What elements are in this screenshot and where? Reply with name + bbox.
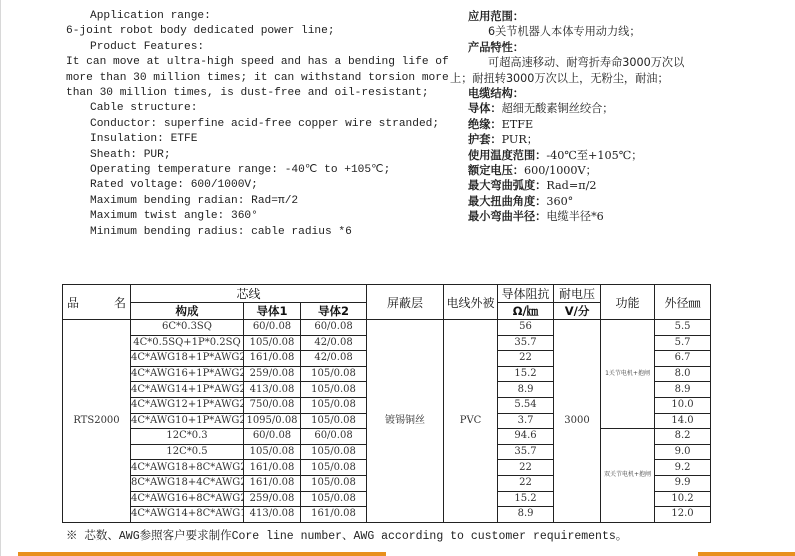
spec-table: 品名 芯线 屏蔽层 电线外被 导体阻抗 耐电压 功能 外径㎜ 构成 导体1 导体… [62, 284, 711, 523]
cn-spec-temperature: 使用温度范围：-40℃至+105℃； [450, 148, 740, 163]
cell-impedance: 3.7 [498, 413, 554, 429]
cell-conductor1: 105/0.08 [244, 335, 301, 351]
cell-conductor2: 105/0.08 [301, 444, 367, 460]
cell-conductor1: 413/0.08 [244, 507, 301, 523]
en-spec-temperature: Operating temperature range: -40℃ to +10… [66, 163, 436, 178]
header-jacket: 电线外被 [444, 285, 498, 320]
cell-conductor1: 750/0.08 [244, 397, 301, 413]
cell-conductor2: 105/0.08 [301, 397, 367, 413]
cell-od: 8.2 [655, 429, 711, 445]
en-spec-voltage: Rated voltage: 600/1000V; [66, 178, 436, 193]
cell-impedance: 56 [498, 320, 554, 336]
cell-od: 12.0 [655, 507, 711, 523]
cn-feature-line: 可超高速移动、耐弯折寿命3000万次以 [450, 55, 740, 70]
page-edge [0, 0, 1, 556]
cell-impedance: 35.7 [498, 444, 554, 460]
cell-od: 9.9 [655, 475, 711, 491]
cell-conductor2: 60/0.08 [301, 429, 367, 445]
en-spec-twist-angle: Maximum twist angle: 360° [66, 209, 436, 224]
cn-product-features-label: 产品特性： [450, 40, 740, 55]
en-spec-conductor: Conductor: superfine acid-free copper wi… [66, 117, 436, 132]
cell-composition: 4C*AWG18+8C*AWG20 [131, 460, 244, 476]
cell-od: 10.0 [655, 397, 711, 413]
cell-od: 5.5 [655, 320, 711, 336]
en-spec-insulation: Insulation: ETFE [66, 132, 436, 147]
cell-conductor1: 60/0.08 [244, 429, 301, 445]
cn-spec-voltage: 额定电压：600/1000V； [450, 163, 740, 178]
cell-od: 8.0 [655, 366, 711, 382]
cell-composition: 12C*0.5 [131, 444, 244, 460]
cn-spec-insulation: 绝缘：ETFE [450, 117, 740, 132]
header-conductor1: 导体1 [244, 303, 301, 320]
cell-impedance: 8.9 [498, 382, 554, 398]
function-cell-2: 双关节电机+抱闸 [601, 429, 655, 523]
cell-composition: 4C*AWG14+8C*AWG18 [131, 507, 244, 523]
cell-impedance: 5.54 [498, 397, 554, 413]
cell-od: 9.0 [655, 444, 711, 460]
cell-od: 8.9 [655, 382, 711, 398]
cell-composition: 4C*AWG18+1P*AWG24 [131, 351, 244, 367]
header-core: 芯线 [131, 285, 367, 303]
cell-conductor1: 259/0.08 [244, 491, 301, 507]
en-feature-line: than 30 million times, is dust-free and … [66, 86, 436, 101]
chinese-description: 应用范围： 6关节机器人本体专用动力线； 产品特性： 可超高速移动、耐弯折寿命3… [450, 9, 740, 225]
cell-conductor1: 161/0.08 [244, 475, 301, 491]
cell-impedance: 15.2 [498, 491, 554, 507]
en-product-features-label: Product Features: [66, 40, 436, 55]
cn-spec-conductor: 导体：超细无酸素铜丝绞合； [450, 101, 740, 116]
header-composition: 构成 [131, 303, 244, 320]
cell-od: 6.7 [655, 351, 711, 367]
en-feature-line: It can move at ultra-high speed and has … [66, 55, 436, 70]
table-row: RTS2000 6C*0.3SQ 60/0.08 60/0.08 镀锡铜丝 PV… [63, 320, 711, 336]
cell-conductor2: 105/0.08 [301, 366, 367, 382]
en-application-range-value: 6-joint robot body dedicated power line; [66, 24, 436, 39]
cell-od: 5.7 [655, 335, 711, 351]
header-impedance-unit: Ω/㎞ [498, 303, 554, 320]
cell-impedance: 22 [498, 351, 554, 367]
header-function: 功能 [601, 285, 655, 320]
header-product-name: 品名 [63, 285, 131, 320]
cell-composition: 4C*AWG16+1P*AWG20 [131, 366, 244, 382]
cell-conductor2: 105/0.08 [301, 475, 367, 491]
cn-spec-sheath: 护套：PUR； [450, 132, 740, 147]
accent-bar-left [18, 552, 386, 556]
en-spec-sheath: Sheath: PUR; [66, 148, 436, 163]
cell-od: 10.2 [655, 491, 711, 507]
cell-impedance: 22 [498, 460, 554, 476]
product-name-cell: RTS2000 [63, 320, 131, 523]
cell-conductor1: 105/0.08 [244, 444, 301, 460]
cell-conductor2: 60/0.08 [301, 320, 367, 336]
cn-spec-twist-angle: 最大扭曲角度：360° [450, 194, 740, 209]
cell-impedance: 8.9 [498, 507, 554, 523]
cn-spec-bending-radian: 最大弯曲弧度：Rad=π/2 [450, 178, 740, 193]
cell-composition: 12C*0.3 [131, 429, 244, 445]
cell-impedance: 35.7 [498, 335, 554, 351]
voltage-cell: 3000 [554, 320, 601, 523]
cell-conductor2: 105/0.08 [301, 382, 367, 398]
cell-composition: 8C*AWG18+4C*AWG20 [131, 475, 244, 491]
cell-conductor1: 60/0.08 [244, 320, 301, 336]
function-cell-1: 1关节电机+抱闸 [601, 320, 655, 429]
cell-conductor1: 259/0.08 [244, 366, 301, 382]
cell-composition: 6C*0.3SQ [131, 320, 244, 336]
header-outer-diameter: 外径㎜ [655, 285, 711, 320]
header-impedance: 导体阻抗 [498, 285, 554, 303]
cn-application-range-value: 6关节机器人本体专用动力线； [450, 24, 740, 39]
cn-spec-bending-radius: 最小弯曲半径：电缆半径*6 [450, 209, 740, 224]
cell-conductor1: 161/0.08 [244, 351, 301, 367]
english-description: Application range: 6-joint robot body de… [66, 9, 436, 240]
cell-od: 14.0 [655, 413, 711, 429]
header-voltage-unit: V/分 [554, 303, 601, 320]
accent-bar-right [698, 552, 795, 556]
en-application-range-label: Application range: [66, 9, 436, 24]
cell-od: 9.2 [655, 460, 711, 476]
cell-conductor2: 42/0.08 [301, 335, 367, 351]
cell-conductor2: 161/0.08 [301, 507, 367, 523]
cell-impedance: 22 [498, 475, 554, 491]
cn-application-range-label: 应用范围： [450, 9, 740, 24]
cell-conductor1: 1095/0.08 [244, 413, 301, 429]
cn-feature-line: 上；耐扭转3000万次以上，无粉尘，耐油； [450, 71, 740, 86]
cell-composition: 4C*AWG16+8C*AWG20 [131, 491, 244, 507]
header-shield: 屏蔽层 [367, 285, 444, 320]
cell-composition: 4C*0.5SQ+1P*0.2SQ [131, 335, 244, 351]
cell-composition: 4C*AWG12+1P*AWG20 [131, 397, 244, 413]
cell-composition: 4C*AWG14+1P*AWG20 [131, 382, 244, 398]
header-conductor2: 导体2 [301, 303, 367, 320]
cell-conductor2: 105/0.08 [301, 460, 367, 476]
cell-conductor2: 105/0.08 [301, 491, 367, 507]
cell-conductor2: 42/0.08 [301, 351, 367, 367]
jacket-cell: PVC [444, 320, 498, 523]
en-spec-bending-radius: Minimum bending radius: cable radius *6 [66, 225, 436, 240]
en-feature-line: more than 30 million times; it can withs… [66, 71, 436, 86]
header-voltage: 耐电压 [554, 285, 601, 303]
en-spec-bending-radian: Maximum bending radian: Rad=π/2 [66, 194, 436, 209]
cell-impedance: 15.2 [498, 366, 554, 382]
cn-cable-structure-label: 电缆结构： [450, 86, 740, 101]
cell-impedance: 94.6 [498, 429, 554, 445]
cell-conductor1: 161/0.08 [244, 460, 301, 476]
footnote: ※ 芯数、AWG参照客户要求制作Core line number、AWG acc… [66, 527, 627, 543]
shield-cell: 镀锡铜丝 [367, 320, 444, 523]
en-cable-structure-label: Cable structure: [66, 101, 436, 116]
cell-conductor1: 413/0.08 [244, 382, 301, 398]
cell-composition: 4C*AWG10+1P*AWG20 [131, 413, 244, 429]
cell-conductor2: 105/0.08 [301, 413, 367, 429]
